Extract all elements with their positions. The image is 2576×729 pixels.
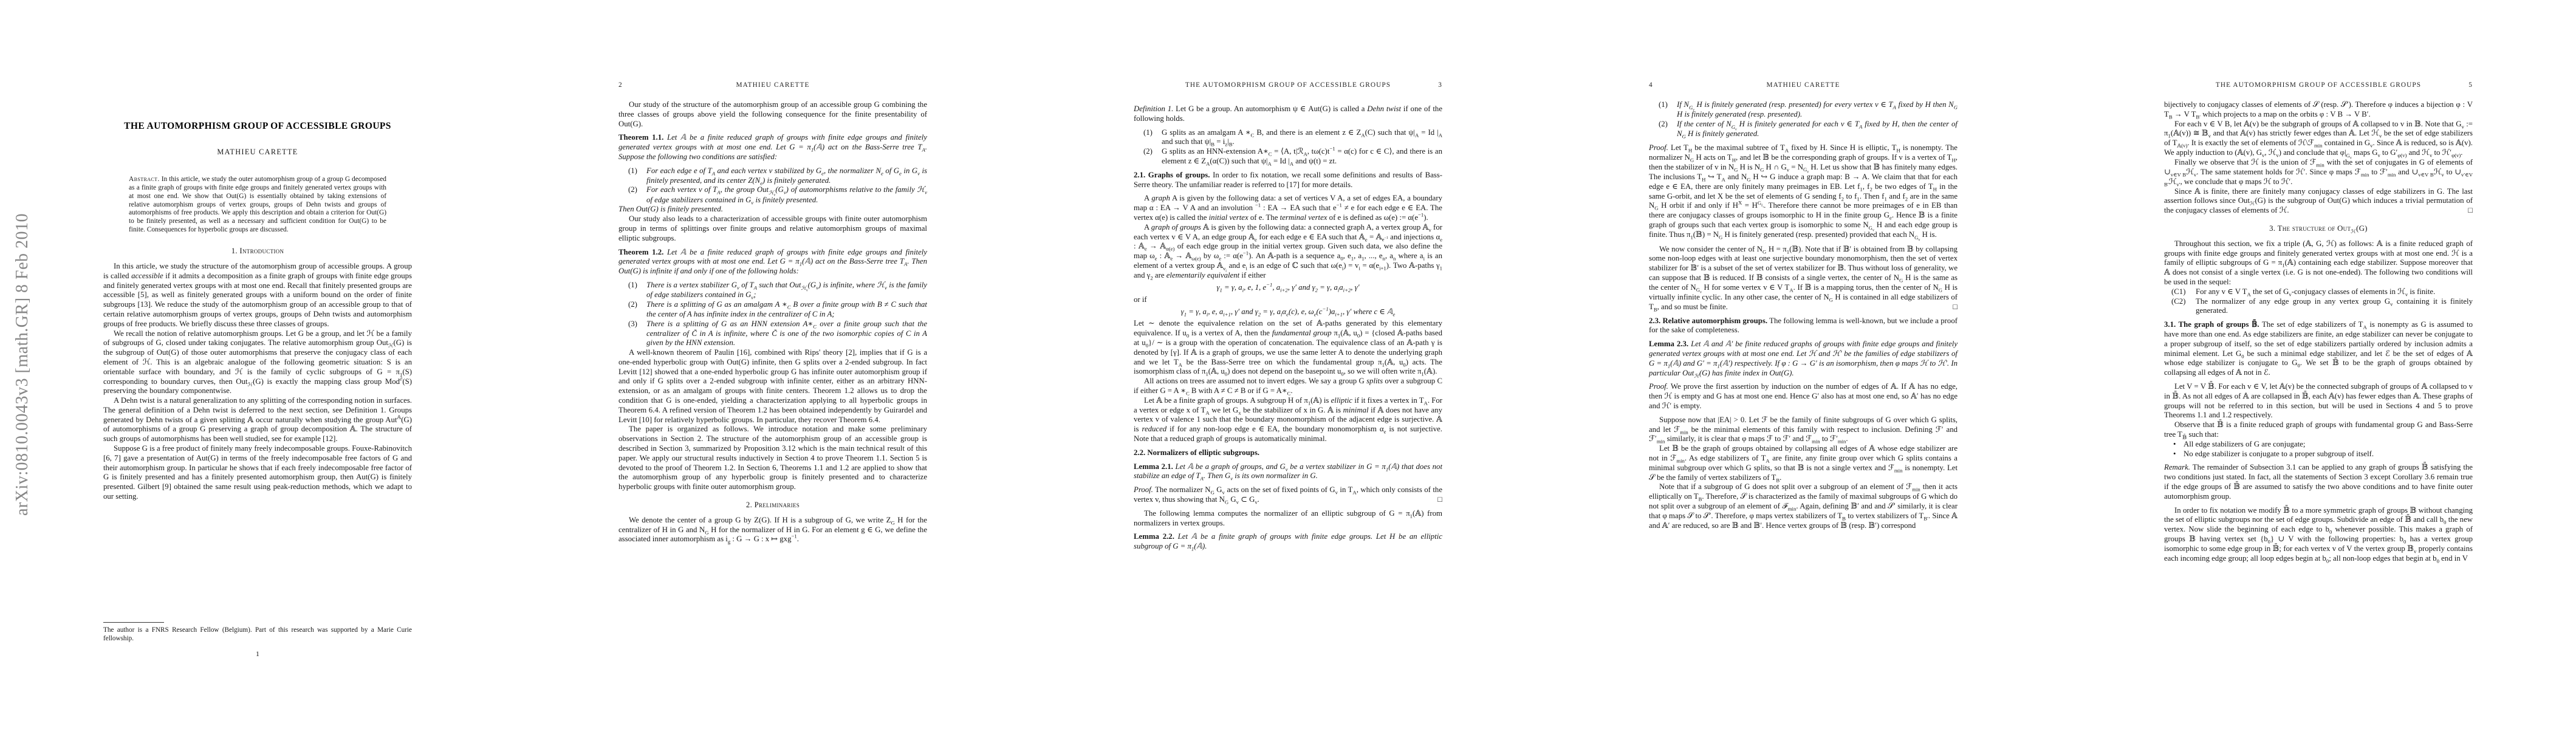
paragraph: A graph A is given by the following data… bbox=[1134, 194, 1442, 222]
paragraph: We now consider the center of NG H = π1(… bbox=[1649, 245, 1958, 312]
paragraph: Note that if a subgroup of G does not sp… bbox=[1649, 482, 1958, 530]
section-heading: 1. Introduction bbox=[103, 247, 412, 256]
footnote-rule bbox=[103, 622, 164, 623]
list-item: (1)For each edge e of TA and each vertex… bbox=[618, 166, 927, 186]
paragraph: Let 𝔸 be a finite graph of groups. A sub… bbox=[1134, 396, 1442, 444]
page-3: THE AUTOMORPHISM GROUP OF ACCESSIBLE GRO… bbox=[1030, 0, 1546, 729]
paragraph: or if bbox=[1134, 295, 1442, 305]
list-item: (1)If NGv H is finitely generated (resp.… bbox=[1649, 100, 1958, 120]
running-head: MATHIEU CARETTE bbox=[1649, 81, 1958, 89]
block-label: Lemma 2.1. bbox=[1134, 462, 1173, 471]
item-marker: (1) bbox=[1659, 100, 1668, 110]
page-2-content: Our study of the structure of the automo… bbox=[618, 100, 927, 544]
remark: Remark. The remainder of Subsection 3.1 … bbox=[2164, 463, 2473, 501]
page-1: THE AUTOMORPHISM GROUP OF ACCESSIBLE GRO… bbox=[0, 0, 515, 729]
block-label: Remark. bbox=[2164, 463, 2190, 471]
proof: Proof. We prove the first assertion by i… bbox=[1649, 382, 1958, 411]
paragraph: In order to fix notation we modify 𝔹̄ to… bbox=[2164, 506, 2473, 564]
page-2: 2 MATHIEU CARETTE Our study of the struc… bbox=[515, 0, 1030, 729]
page-3-blocks: Definition 1. Let G be a group. An autom… bbox=[1134, 104, 1442, 552]
page-1-content: THE AUTOMORPHISM GROUP OF ACCESSIBLE GRO… bbox=[103, 120, 412, 502]
page-4-content: (1)If NGv H is finitely generated (resp.… bbox=[1649, 100, 1958, 530]
item-marker: (2) bbox=[628, 185, 637, 195]
paragraph: A graph of groups 𝔸 is given by the foll… bbox=[1134, 223, 1442, 281]
running-head: THE AUTOMORPHISM GROUP OF ACCESSIBLE GRO… bbox=[1134, 81, 1442, 89]
page-4-header: 4 MATHIEU CARETTE bbox=[1649, 81, 1958, 90]
paragraph: In this article, we study the structure … bbox=[103, 262, 412, 329]
paragraph: The following lemma computes the normali… bbox=[1134, 509, 1442, 529]
page-5-blocks: bijectively to conjugacy classes of elem… bbox=[2164, 100, 2473, 563]
list-item: (C1)For any v ∈ V TA the set of Gv-conju… bbox=[2164, 287, 2473, 297]
item-marker: (C2) bbox=[2171, 297, 2185, 307]
bullet-item: •All edge stabilizers of G are conjugate… bbox=[2164, 440, 2473, 450]
paragraph: Since 𝔸 is finite, there are finitely ma… bbox=[2164, 187, 2473, 216]
arxiv-watermark: arXiv:0810.0043v3 [math.GR] 8 Feb 2010 bbox=[13, 213, 32, 516]
theorem: Lemma 2.3. Let 𝔸 and 𝔸′ be finite reduce… bbox=[1649, 340, 1958, 378]
page-5: THE AUTOMORPHISM GROUP OF ACCESSIBLE GRO… bbox=[2061, 0, 2576, 729]
abstract-text: In this article, we study the outer auto… bbox=[129, 176, 386, 233]
block-label: Theorem 1.2. bbox=[618, 248, 663, 256]
bullet-item: •No edge stabilizer is conjugate to a pr… bbox=[2164, 450, 2473, 459]
theorem: Lemma 2.1. Let 𝔸 be a graph of groups, a… bbox=[1134, 462, 1442, 482]
list-item: (3)There is a splitting of G as an HNN e… bbox=[618, 320, 927, 348]
theorem: Theorem 1.1. Let 𝔸 be a finite reduced g… bbox=[618, 133, 927, 162]
item-marker: (2) bbox=[1659, 120, 1668, 129]
paragraph: Suppose now that |EA| > 0. Let ℱ be the … bbox=[1649, 416, 1958, 444]
paragraph: Let 𝔹 be the graph of groups obtained by… bbox=[1649, 444, 1958, 482]
paper-author: MATHIEU CARETTE bbox=[103, 148, 412, 157]
block-label: 2.3. Relative automorphism groups. bbox=[1649, 317, 1767, 325]
item-marker: (3) bbox=[628, 320, 637, 329]
paragraph: Our study of the structure of the automo… bbox=[618, 100, 927, 129]
page-3-header: THE AUTOMORPHISM GROUP OF ACCESSIBLE GRO… bbox=[1134, 81, 1442, 90]
paragraph: A Dehn twist is a natural generalization… bbox=[103, 396, 412, 444]
subsection: 2.3. Relative automorphism groups. The f… bbox=[1649, 317, 1958, 336]
display-math: γ1 = γ, ai, e, 1, e−1, ai+2, γ′ and γ2 =… bbox=[1134, 283, 1442, 293]
display-math: γ1 = γ, ai, e, ai+1, γ′ and γ2 = γ, aiαe… bbox=[1134, 307, 1442, 317]
header-page-number-right: 5 bbox=[2468, 81, 2473, 89]
list-item: (1)G splits as an amalgam A ∗C B, and th… bbox=[1134, 128, 1442, 148]
paragraph: Suppose G is a free product of finitely … bbox=[103, 444, 412, 502]
paragraph: Then Out(G) is finitely presented. bbox=[618, 205, 927, 214]
theorem: Theorem 1.2. Let 𝔸 be a finite reduced g… bbox=[618, 248, 927, 276]
block-label: Definition 1. bbox=[1134, 104, 1173, 113]
paragraph: A well-known theorem of Paulin [16], com… bbox=[618, 348, 927, 425]
item-marker: (C1) bbox=[2171, 287, 2185, 297]
list-item: (2)There is a splitting of G as an amalg… bbox=[618, 300, 927, 320]
proof: Proof. Let TH be the maximal subtree of … bbox=[1649, 143, 1958, 240]
page-2-blocks: Our study of the structure of the automo… bbox=[618, 100, 927, 544]
section-heading: 2. Preliminaries bbox=[618, 501, 927, 510]
paragraph: We recall the notion of relative automor… bbox=[103, 329, 412, 397]
item-marker: • bbox=[2173, 440, 2176, 450]
proof: Proof. The normalizer NG Gv acts on the … bbox=[1134, 485, 1442, 505]
qed-box: □ bbox=[1437, 495, 1442, 505]
page-2-header: 2 MATHIEU CARETTE bbox=[618, 81, 927, 90]
footnote: The author is a FNRS Research Fellow (Be… bbox=[103, 626, 412, 643]
document-canvas: arXiv:0810.0043v3 [math.GR] 8 Feb 2010 T… bbox=[0, 0, 2576, 729]
header-page-number-right: 3 bbox=[1438, 81, 1442, 89]
running-head: THE AUTOMORPHISM GROUP OF ACCESSIBLE GRO… bbox=[2164, 81, 2473, 89]
definition: Definition 1. Let G be a group. An autom… bbox=[1134, 104, 1442, 124]
qed-box: □ bbox=[2458, 206, 2473, 216]
qed-box: □ bbox=[1942, 303, 1958, 312]
item-marker: • bbox=[2173, 450, 2176, 459]
paragraph: Let V = V 𝔹̄. For each v ∈ V, let 𝔸(v) b… bbox=[2164, 382, 2473, 420]
abstract: Abstract. In this article, we study the … bbox=[129, 176, 386, 234]
block-label: Theorem 1.1. bbox=[618, 133, 663, 142]
subsection: 2.2. Normalizers of elliptic subgroups. bbox=[1134, 448, 1442, 458]
paragraph: For each v ∈ V B, let 𝔸(v) be the subgra… bbox=[2164, 120, 2473, 159]
block-label: Lemma 2.2. bbox=[1134, 532, 1174, 541]
item-marker: (2) bbox=[1143, 147, 1153, 157]
subsection: 2.1. Graphs of groups. In order to fix n… bbox=[1134, 171, 1442, 190]
block-label: 2.2. Normalizers of elliptic subgroups. bbox=[1134, 448, 1259, 457]
paragraph: The paper is organized as follows. We in… bbox=[618, 425, 927, 492]
block-label: Proof. bbox=[1649, 143, 1668, 152]
page-1-blocks: 1. IntroductionIn this article, we study… bbox=[103, 247, 412, 502]
item-marker: (1) bbox=[628, 166, 637, 176]
list-item: (2)G splits as an HNN-extension A∗C = ⟨A… bbox=[1134, 147, 1442, 166]
paragraph: All actions on trees are assumed not to … bbox=[1134, 377, 1442, 396]
page-4: 4 MATHIEU CARETTE (1)If NGv H is finitel… bbox=[1546, 0, 2061, 729]
section-heading: 3. The structure of Outℋ(G) bbox=[2164, 224, 2473, 234]
block-label: 2.1. Graphs of groups. bbox=[1134, 171, 1210, 179]
abstract-label: Abstract. bbox=[129, 176, 160, 183]
block-label: Proof. bbox=[1134, 485, 1153, 494]
paragraph: Let ∼ denote the equivalence relation on… bbox=[1134, 319, 1442, 377]
item-marker: (2) bbox=[628, 300, 637, 310]
theorem: Lemma 2.2. Let 𝔸 be a finite graph of gr… bbox=[1134, 532, 1442, 552]
paragraph: bijectively to conjugacy classes of elem… bbox=[2164, 100, 2473, 120]
block-label: 3.1. The graph of groups 𝔹̄. bbox=[2164, 320, 2259, 329]
paragraph: We denote the center of a group G by Z(G… bbox=[618, 516, 927, 544]
page-5-content: bijectively to conjugacy classes of elem… bbox=[2164, 100, 2473, 563]
paper-title: THE AUTOMORPHISM GROUP OF ACCESSIBLE GRO… bbox=[103, 120, 412, 132]
page-4-blocks: (1)If NGv H is finitely generated (resp.… bbox=[1649, 100, 1958, 530]
item-marker: (1) bbox=[628, 281, 637, 290]
page-3-content: Definition 1. Let G be a group. An autom… bbox=[1134, 100, 1442, 556]
paragraph: Observe that 𝔹̄ is a finite reduced grap… bbox=[2164, 420, 2473, 440]
paragraph: Finally we observe that ℋ is the union o… bbox=[2164, 158, 2473, 187]
list-item: (C2)The normalizer of any edge group in … bbox=[2164, 297, 2473, 317]
block-label: Lemma 2.3. bbox=[1649, 340, 1688, 348]
subsection: 3.1. The graph of groups 𝔹̄. The set of … bbox=[2164, 320, 2473, 378]
list-item: (2)If the center of NGv H is finitely ge… bbox=[1649, 120, 1958, 139]
list-item: (1)There is a vertex stabilizer Gv of TA… bbox=[618, 281, 927, 300]
running-head: MATHIEU CARETTE bbox=[618, 81, 927, 89]
paragraph: Throughout this section, we fix a triple… bbox=[2164, 239, 2473, 287]
page-number-footer: 1 bbox=[0, 649, 515, 659]
page-5-header: THE AUTOMORPHISM GROUP OF ACCESSIBLE GRO… bbox=[2164, 81, 2473, 90]
list-item: (2)For each vertex v of TA, the group Ou… bbox=[618, 185, 927, 205]
block-label: Proof. bbox=[1649, 382, 1668, 391]
item-marker: (1) bbox=[1143, 128, 1153, 138]
paragraph: Our study also leads to a characterizati… bbox=[618, 214, 927, 243]
